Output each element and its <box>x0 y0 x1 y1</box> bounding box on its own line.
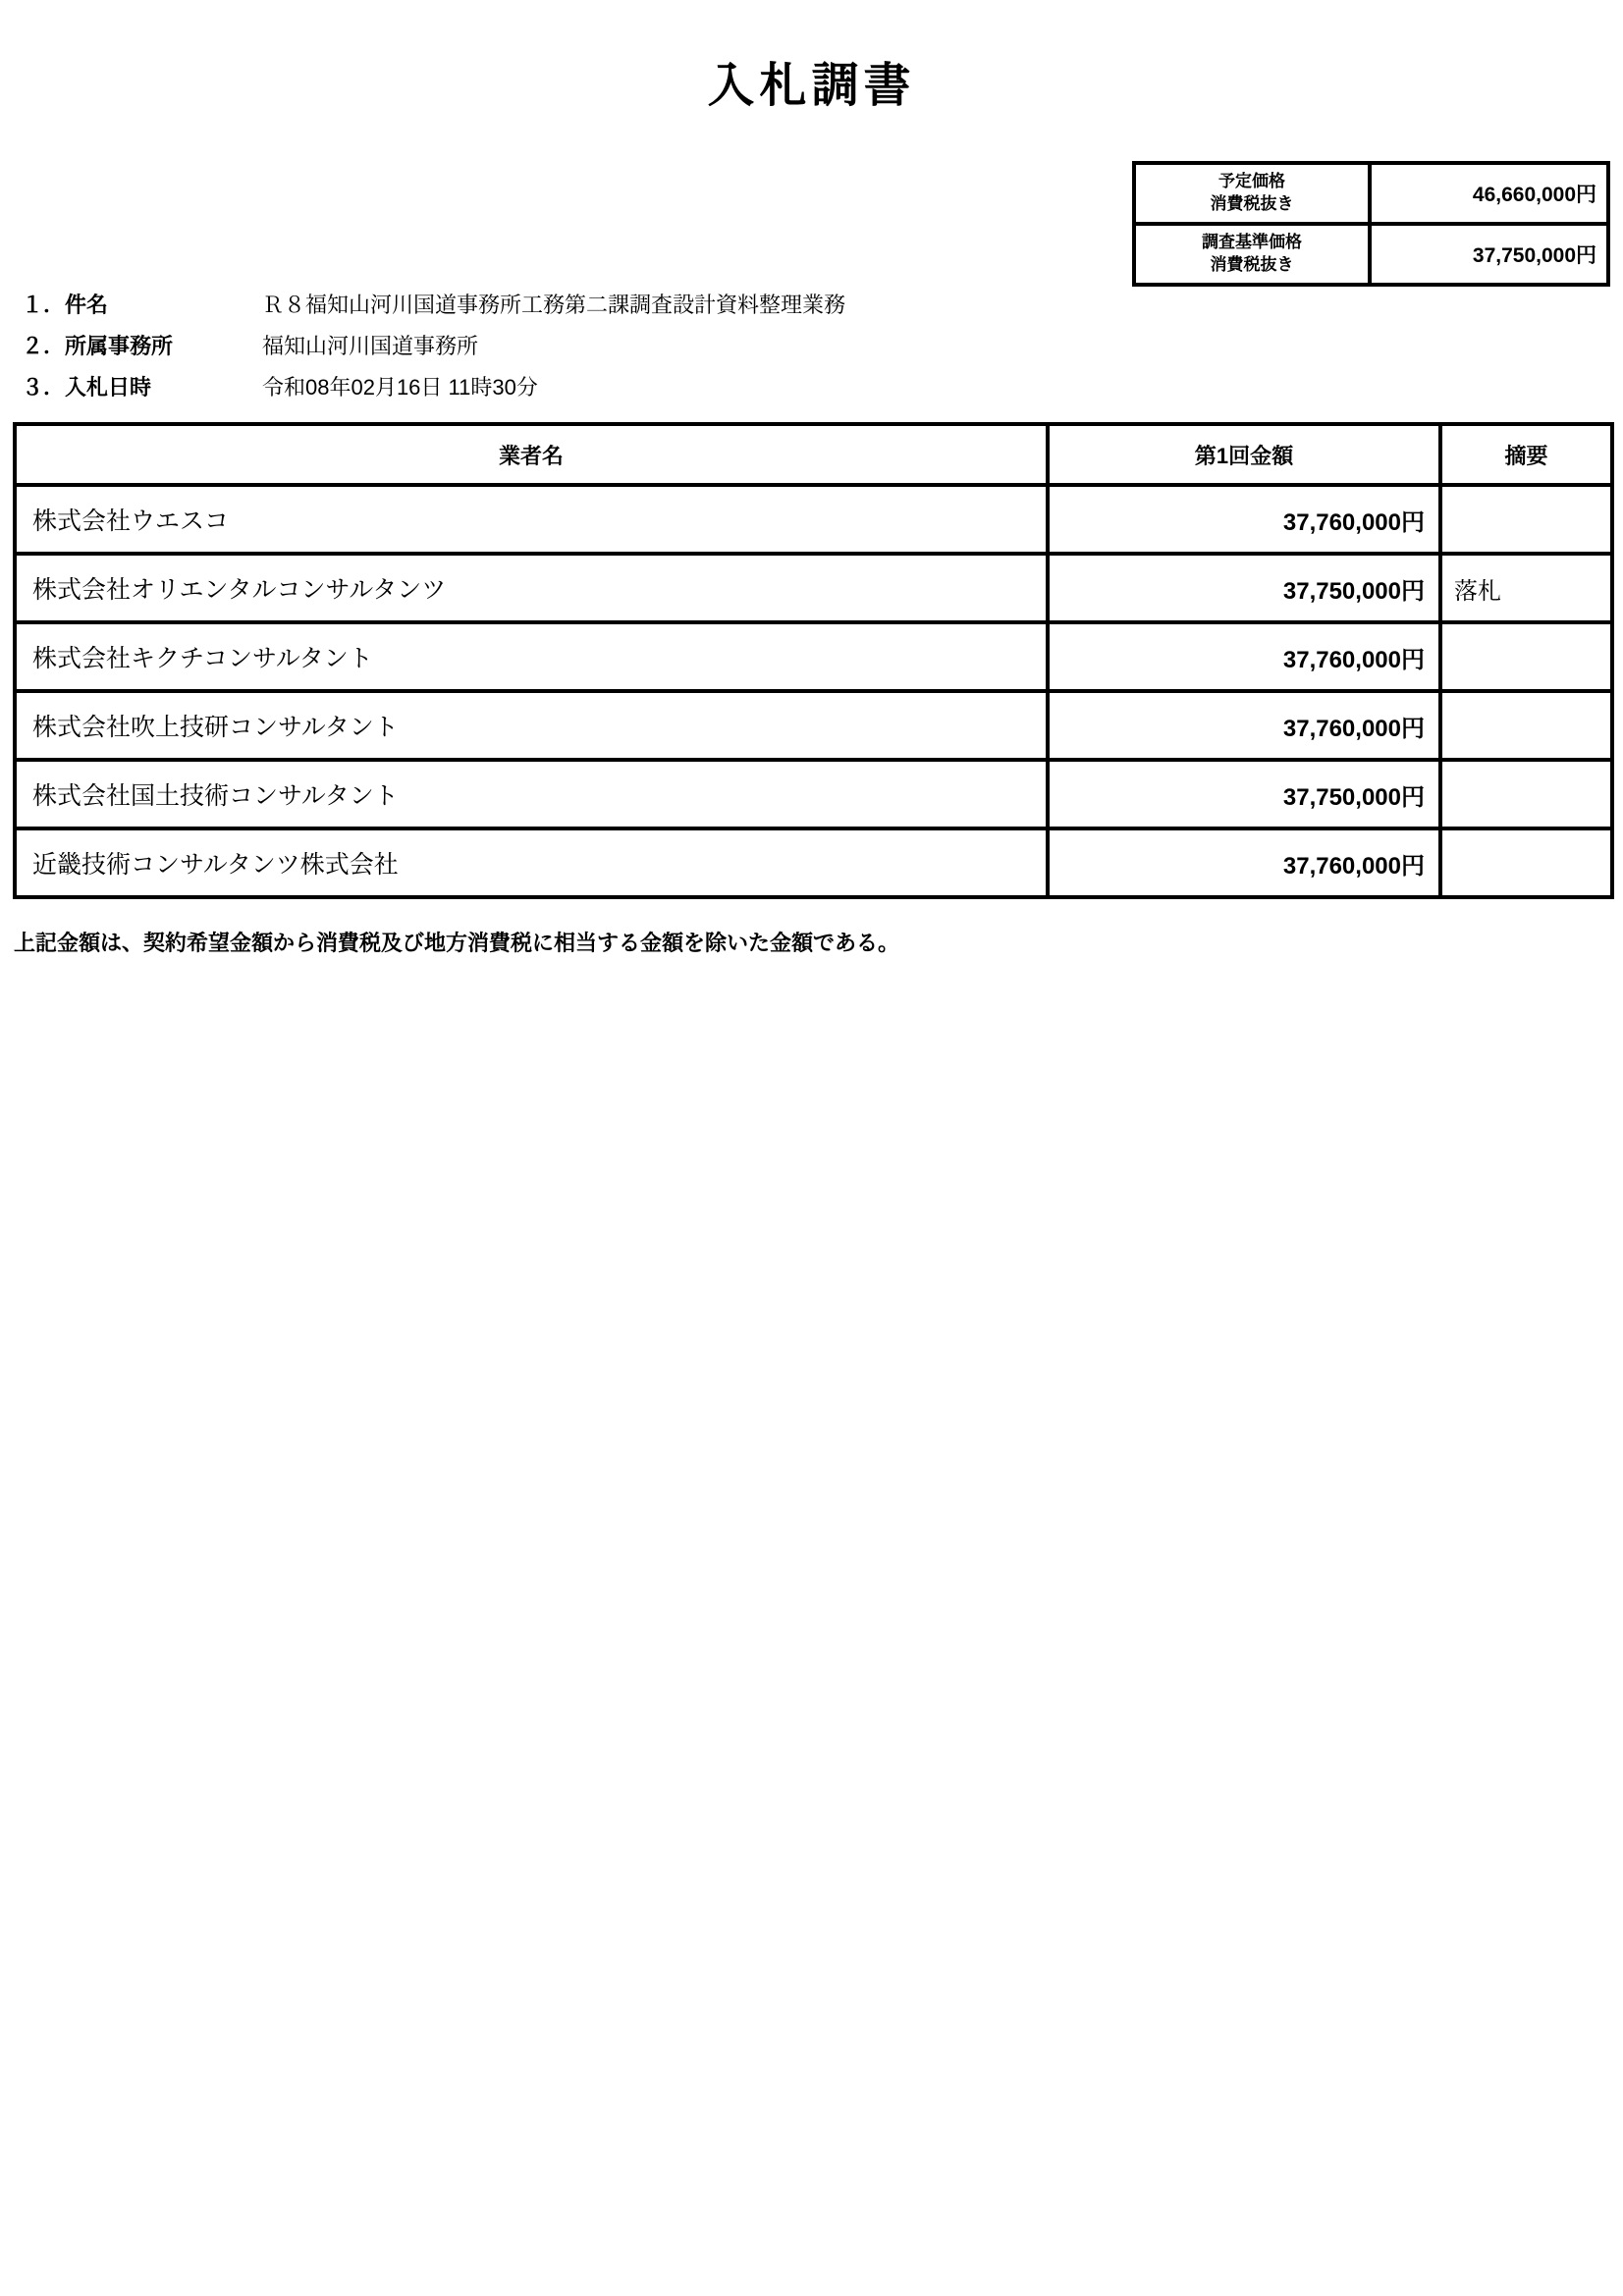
bidder-name-cell: 近畿技術コンサルタンツ株式会社 <box>15 828 1048 897</box>
table-row: 株式会社ウエスコ 37,760,000円 <box>15 485 1612 554</box>
bid-table-header-remark: 摘要 <box>1440 424 1612 485</box>
survey-base-price-label-line1: 調査基準価格 <box>1202 232 1302 254</box>
bid-amount-cell: 37,750,000円 <box>1048 760 1440 828</box>
bid-amount-cell: 37,760,000円 <box>1048 691 1440 760</box>
info-item-datetime: ３．入札日時 令和08年02月16日 11時30分 <box>22 365 1298 406</box>
document-title: 入札調書 <box>0 47 1623 115</box>
info-item-office: ２．所属事務所 福知山河川国道事務所 <box>22 324 1298 365</box>
planned-price-label: 予定価格 消費税抜き <box>1136 165 1372 222</box>
bidder-name-cell: 株式会社国土技術コンサルタント <box>15 760 1048 828</box>
remark-cell <box>1440 485 1612 554</box>
info-item-subject: １．件名 Ｒ８福知山河川国道事務所工務第二課調査設計資料整理業務 <box>22 283 1298 324</box>
remark-cell: 落札 <box>1440 554 1612 622</box>
info-label-datetime: ３．入札日時 <box>22 371 262 401</box>
bid-table-header-amount: 第1回金額 <box>1048 424 1440 485</box>
info-value-office: 福知山河川国道事務所 <box>262 330 478 360</box>
info-label-office: ２．所属事務所 <box>22 330 262 360</box>
bid-table-header-row: 業者名 第1回金額 摘要 <box>15 424 1612 485</box>
info-label-subject: １．件名 <box>22 289 262 319</box>
table-row: 株式会社キクチコンサルタント 37,760,000円 <box>15 622 1612 691</box>
bid-table-header-bidder: 業者名 <box>15 424 1048 485</box>
bidder-name-cell: 株式会社吹上技研コンサルタント <box>15 691 1048 760</box>
table-row: 近畿技術コンサルタンツ株式会社 37,760,000円 <box>15 828 1612 897</box>
survey-base-price-label: 調査基準価格 消費税抜き <box>1136 226 1372 283</box>
planned-price-label-line2: 消費税抜き <box>1211 193 1294 216</box>
survey-base-price-label-line2: 消費税抜き <box>1211 254 1294 277</box>
bid-amount-cell: 37,760,000円 <box>1048 828 1440 897</box>
planned-price-label-line1: 予定価格 <box>1218 171 1285 193</box>
bid-amount-cell: 37,750,000円 <box>1048 554 1440 622</box>
survey-base-price-value: 37,750,000円 <box>1372 226 1606 283</box>
document-page: 入札調書 予定価格 消費税抜き 46,660,000円 調査基準価格 消費税抜き… <box>0 0 1623 2296</box>
table-row: 株式会社吹上技研コンサルタント 37,760,000円 <box>15 691 1612 760</box>
bidder-name-cell: 株式会社キクチコンサルタント <box>15 622 1048 691</box>
bid-table: 業者名 第1回金額 摘要 株式会社ウエスコ 37,760,000円 株式会社オリ… <box>13 422 1614 899</box>
info-section: １．件名 Ｒ８福知山河川国道事務所工務第二課調査設計資料整理業務 ２．所属事務所… <box>22 283 1298 406</box>
remark-cell <box>1440 828 1612 897</box>
remark-cell <box>1440 760 1612 828</box>
bid-amount-cell: 37,760,000円 <box>1048 485 1440 554</box>
table-row: 株式会社オリエンタルコンサルタンツ 37,750,000円 落札 <box>15 554 1612 622</box>
info-value-subject: Ｒ８福知山河川国道事務所工務第二課調査設計資料整理業務 <box>262 289 845 319</box>
bidder-name-cell: 株式会社ウエスコ <box>15 485 1048 554</box>
remark-cell <box>1440 622 1612 691</box>
survey-base-price-row: 調査基準価格 消費税抜き 37,750,000円 <box>1136 222 1606 283</box>
price-summary-table: 予定価格 消費税抜き 46,660,000円 調査基準価格 消費税抜き 37,7… <box>1132 161 1610 287</box>
remark-cell <box>1440 691 1612 760</box>
bidder-name-cell: 株式会社オリエンタルコンサルタンツ <box>15 554 1048 622</box>
info-value-datetime: 令和08年02月16日 11時30分 <box>262 371 538 401</box>
footer-note: 上記金額は、契約希望金額から消費税及び地方消費税に相当する金額を除いた金額である… <box>14 927 899 957</box>
table-row: 株式会社国土技術コンサルタント 37,750,000円 <box>15 760 1612 828</box>
planned-price-value: 46,660,000円 <box>1372 165 1606 222</box>
bid-amount-cell: 37,760,000円 <box>1048 622 1440 691</box>
planned-price-row: 予定価格 消費税抜き 46,660,000円 <box>1136 165 1606 222</box>
